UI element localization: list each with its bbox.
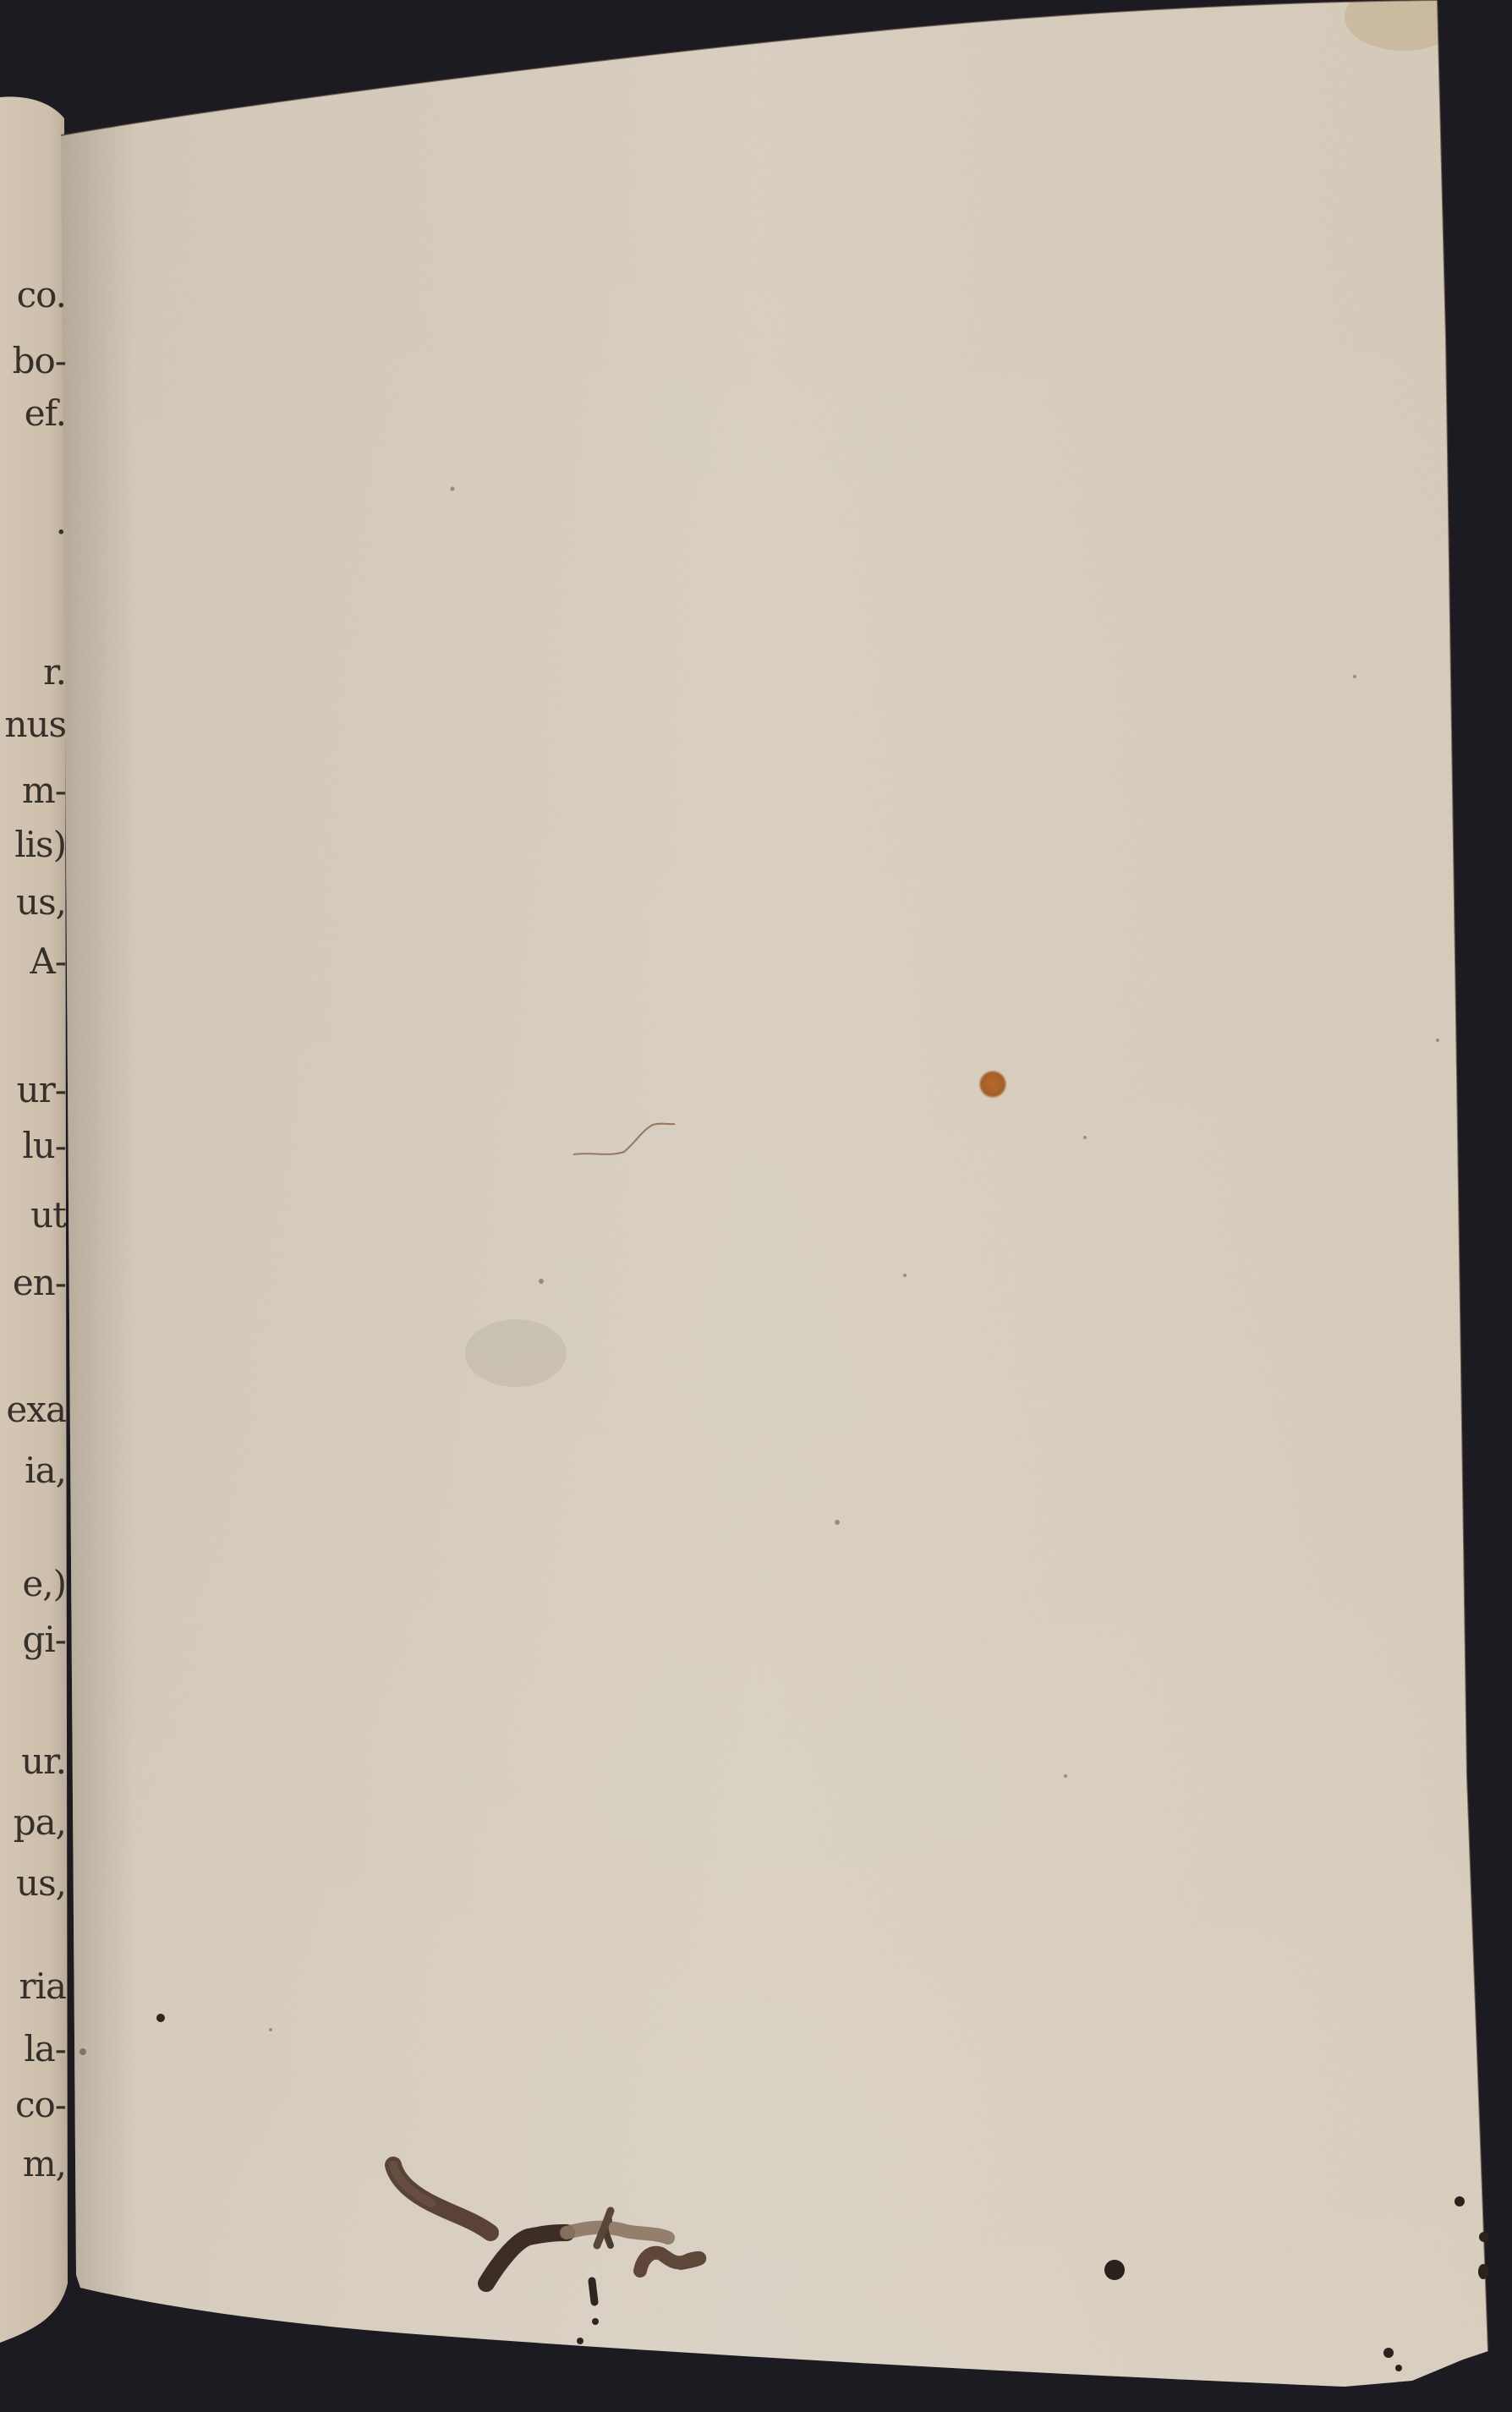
text-fragment: ut — [30, 1198, 66, 1233]
text-fragment: r. — [43, 655, 66, 690]
facing-page-text: co. bo- ef. . r. nus m- lis) us, A- ur- … — [0, 0, 68, 2412]
text-fragment: co- — [15, 2087, 66, 2123]
wormhole-dot — [1104, 2260, 1125, 2280]
book-pages-illustration — [0, 0, 1512, 2412]
text-fragment: exa — [6, 1392, 66, 1428]
text-fragment: ur. — [21, 1744, 66, 1779]
text-fragment: pa, — [14, 1805, 66, 1840]
text-fragment: lis) — [14, 827, 66, 863]
text-fragment: co. — [17, 277, 66, 313]
text-fragment: la- — [24, 2031, 66, 2067]
text-fragment: gi- — [22, 1622, 66, 1658]
text-fragment: ria — [19, 1969, 66, 2004]
foxing-spot — [978, 1070, 1007, 1099]
text-fragment: m, — [23, 2146, 66, 2182]
ink-dot — [156, 2014, 165, 2022]
text-fragment: . — [56, 504, 66, 540]
text-fragment: us, — [16, 1866, 66, 1901]
text-fragment: ia, — [25, 1453, 66, 1488]
text-fragment: us, — [16, 885, 66, 920]
text-fragment: lu- — [22, 1128, 66, 1164]
text-fragment: bo- — [13, 343, 66, 379]
book-photo: co. bo- ef. . r. nus m- lis) us, A- ur- … — [0, 0, 1512, 2412]
text-fragment: ef. — [25, 396, 66, 431]
text-fragment: e,) — [22, 1566, 66, 1602]
text-fragment: m- — [22, 773, 66, 809]
text-fragment: en- — [13, 1265, 66, 1301]
text-fragment: nus — [4, 707, 66, 743]
text-fragment: A- — [30, 944, 66, 979]
text-fragment: ur- — [17, 1072, 66, 1108]
blank-page — [0, 0, 1512, 2412]
